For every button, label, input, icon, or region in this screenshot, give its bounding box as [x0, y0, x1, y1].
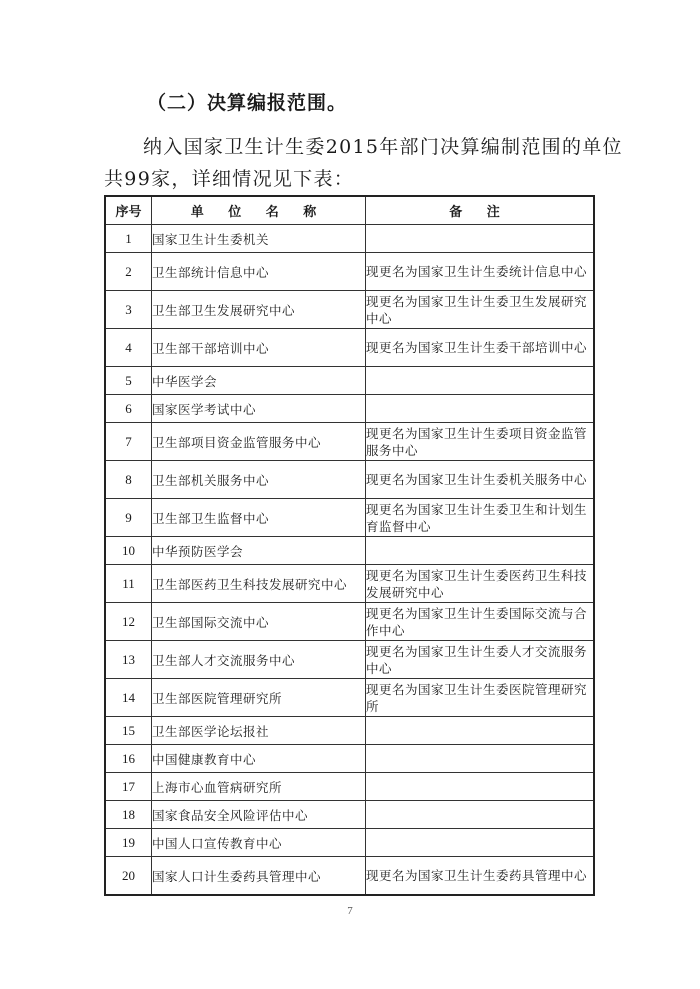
table-row: 18国家食品安全风险评估中心 [105, 801, 594, 829]
row-number: 3 [105, 291, 152, 329]
row-number: 15 [105, 717, 152, 745]
table-row: 17上海市心血管病研究所 [105, 773, 594, 801]
unit-name: 中华预防医学会 [152, 537, 366, 565]
table-row: 13卫生部人才交流服务中心现更名为国家卫生计生委人才交流服务中心 [105, 641, 594, 679]
unit-note [366, 225, 595, 253]
unit-name: 国家食品安全风险评估中心 [152, 801, 366, 829]
unit-note [366, 773, 595, 801]
table-row: 12卫生部国际交流中心现更名为国家卫生计生委国际交流与合作中心 [105, 603, 594, 641]
header-unit-name: 单 位 名 称 [152, 196, 366, 225]
row-number: 14 [105, 679, 152, 717]
table-body: 1国家卫生计生委机关2卫生部统计信息中心现更名为国家卫生计生委统计信息中心3卫生… [105, 225, 594, 896]
row-number: 11 [105, 565, 152, 603]
table-row: 4卫生部干部培训中心现更名为国家卫生计生委干部培训中心 [105, 329, 594, 367]
unit-note [366, 367, 595, 395]
row-number: 8 [105, 461, 152, 499]
unit-name: 卫生部机关服务中心 [152, 461, 366, 499]
table-row: 6国家医学考试中心 [105, 395, 594, 423]
row-number: 2 [105, 253, 152, 291]
unit-name: 中国人口宣传教育中心 [152, 829, 366, 857]
table-row: 3卫生部卫生发展研究中心现更名为国家卫生计生委卫生发展研究中心 [105, 291, 594, 329]
unit-note: 现更名为国家卫生计生委人才交流服务中心 [366, 641, 595, 679]
unit-note: 现更名为国家卫生计生委药具管理中心 [366, 857, 595, 896]
unit-note [366, 801, 595, 829]
row-number: 12 [105, 603, 152, 641]
row-number: 16 [105, 745, 152, 773]
unit-note [366, 395, 595, 423]
unit-note: 现更名为国家卫生计生委机关服务中心 [366, 461, 595, 499]
unit-name: 卫生部国际交流中心 [152, 603, 366, 641]
unit-note [366, 829, 595, 857]
table-row: 16中国健康教育中心 [105, 745, 594, 773]
unit-note: 现更名为国家卫生计生委干部培训中心 [366, 329, 595, 367]
unit-note: 现更名为国家卫生计生委卫生发展研究中心 [366, 291, 595, 329]
table-row: 19中国人口宣传教育中心 [105, 829, 594, 857]
unit-name: 国家人口计生委药具管理中心 [152, 857, 366, 896]
unit-name: 国家卫生计生委机关 [152, 225, 366, 253]
table-row: 9卫生部卫生监督中心现更名为国家卫生计生委卫生和计划生育监督中心 [105, 499, 594, 537]
unit-note: 现更名为国家卫生计生委医院管理研究所 [366, 679, 595, 717]
unit-name: 卫生部干部培训中心 [152, 329, 366, 367]
table-row: 20国家人口计生委药具管理中心现更名为国家卫生计生委药具管理中心 [105, 857, 594, 896]
row-number: 5 [105, 367, 152, 395]
unit-note [366, 745, 595, 773]
row-number: 18 [105, 801, 152, 829]
unit-note: 现更名为国家卫生计生委项目资金监管服务中心 [366, 423, 595, 461]
page-number: 7 [0, 905, 700, 917]
row-number: 4 [105, 329, 152, 367]
unit-note: 现更名为国家卫生计生委统计信息中心 [366, 253, 595, 291]
unit-name: 卫生部卫生监督中心 [152, 499, 366, 537]
table-row: 8卫生部机关服务中心现更名为国家卫生计生委机关服务中心 [105, 461, 594, 499]
row-number: 9 [105, 499, 152, 537]
unit-name: 卫生部医学论坛报社 [152, 717, 366, 745]
unit-name: 中华医学会 [152, 367, 366, 395]
row-number: 13 [105, 641, 152, 679]
unit-note [366, 537, 595, 565]
table-row: 2卫生部统计信息中心现更名为国家卫生计生委统计信息中心 [105, 253, 594, 291]
unit-name: 国家医学考试中心 [152, 395, 366, 423]
row-number: 1 [105, 225, 152, 253]
unit-name: 卫生部医药卫生科技发展研究中心 [152, 565, 366, 603]
table-row: 10中华预防医学会 [105, 537, 594, 565]
table-row: 15卫生部医学论坛报社 [105, 717, 594, 745]
table-header-row: 序号 单 位 名 称 备 注 [105, 196, 594, 225]
row-number: 10 [105, 537, 152, 565]
unit-name: 卫生部统计信息中心 [152, 253, 366, 291]
unit-note: 现更名为国家卫生计生委卫生和计划生育监督中心 [366, 499, 595, 537]
row-number: 19 [105, 829, 152, 857]
unit-name: 卫生部卫生发展研究中心 [152, 291, 366, 329]
intro-paragraph-line-1: 纳入国家卫生计生委2015年部门决算编制范围的单位 [143, 132, 623, 159]
unit-name: 卫生部人才交流服务中心 [152, 641, 366, 679]
row-number: 20 [105, 857, 152, 896]
table-row: 14卫生部医院管理研究所现更名为国家卫生计生委医院管理研究所 [105, 679, 594, 717]
units-table: 序号 单 位 名 称 备 注 1国家卫生计生委机关2卫生部统计信息中心现更名为国… [104, 195, 595, 896]
row-number: 17 [105, 773, 152, 801]
unit-note: 现更名为国家卫生计生委医药卫生科技发展研究中心 [366, 565, 595, 603]
header-note: 备 注 [366, 196, 595, 225]
unit-note: 现更名为国家卫生计生委国际交流与合作中心 [366, 603, 595, 641]
table-row: 5中华医学会 [105, 367, 594, 395]
table-row: 11卫生部医药卫生科技发展研究中心现更名为国家卫生计生委医药卫生科技发展研究中心 [105, 565, 594, 603]
unit-name: 上海市心血管病研究所 [152, 773, 366, 801]
unit-name: 卫生部医院管理研究所 [152, 679, 366, 717]
table-row: 1国家卫生计生委机关 [105, 225, 594, 253]
header-no: 序号 [105, 196, 152, 225]
unit-name: 卫生部项目资金监管服务中心 [152, 423, 366, 461]
row-number: 7 [105, 423, 152, 461]
table-row: 7卫生部项目资金监管服务中心现更名为国家卫生计生委项目资金监管服务中心 [105, 423, 594, 461]
row-number: 6 [105, 395, 152, 423]
unit-note [366, 717, 595, 745]
unit-name: 中国健康教育中心 [152, 745, 366, 773]
section-heading: （二）决算编报范围。 [147, 88, 347, 115]
intro-paragraph-line-2: 共99家，详细情况见下表： [104, 164, 354, 191]
